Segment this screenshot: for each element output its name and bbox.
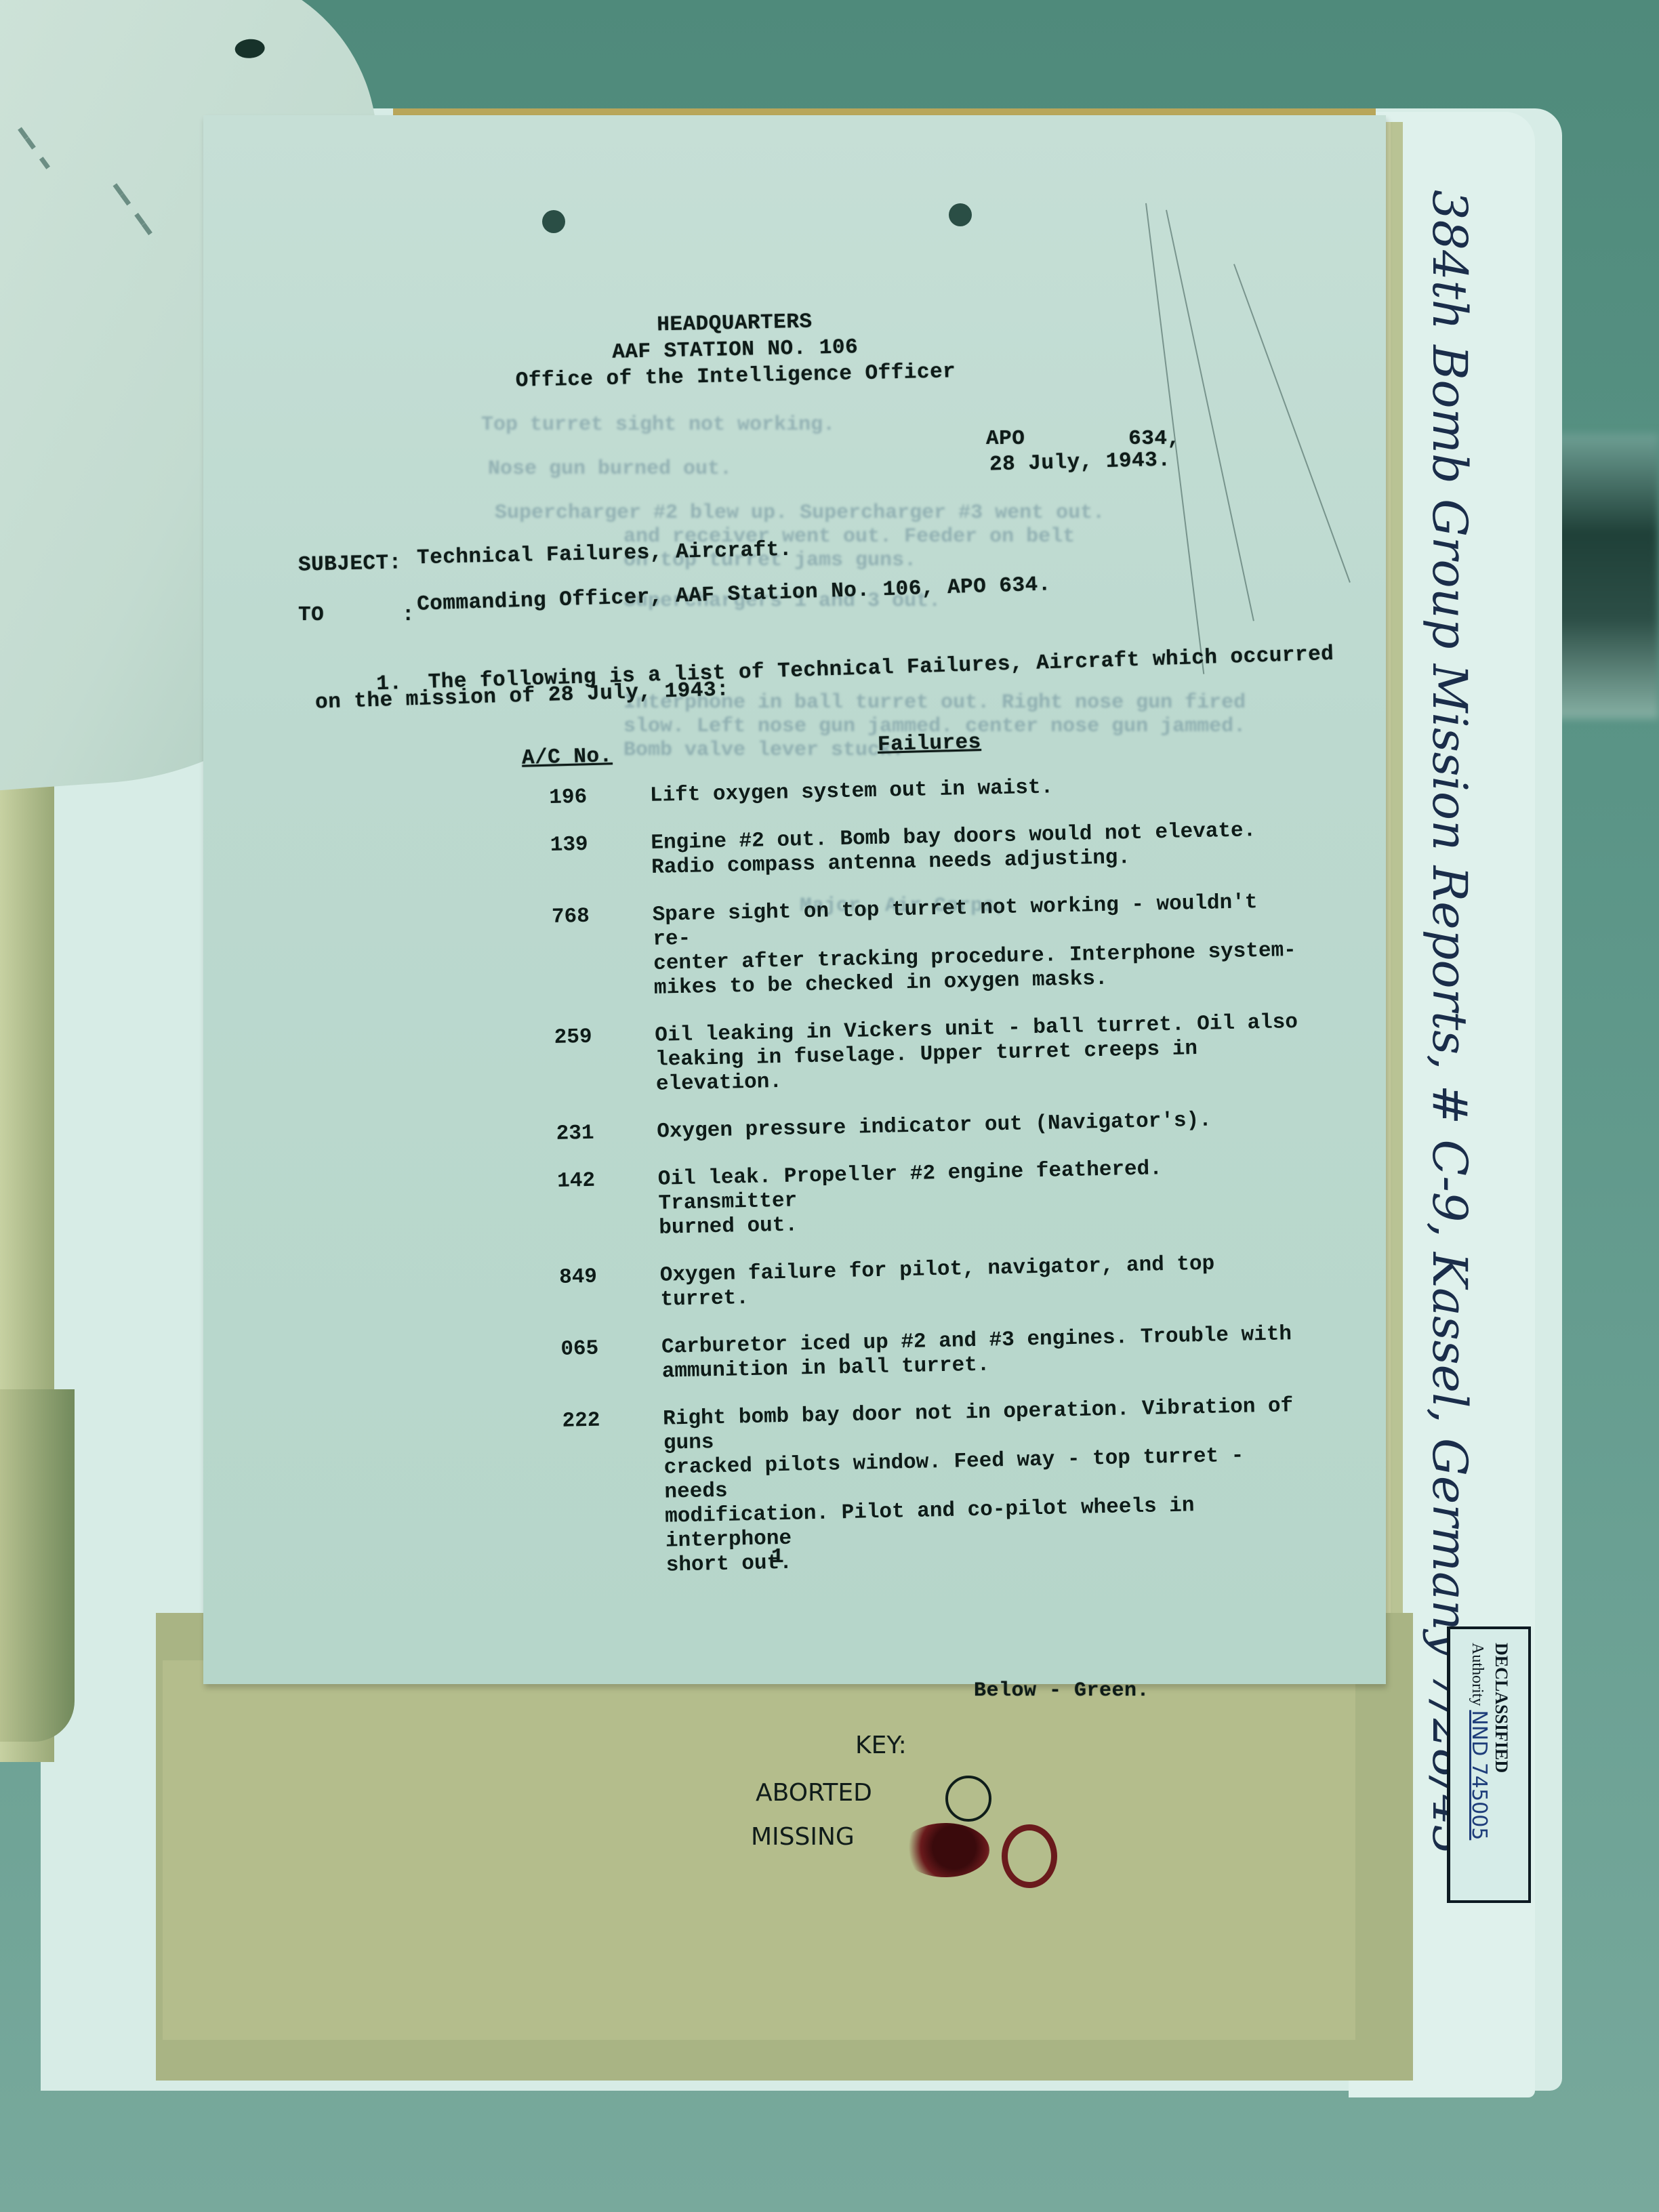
declassified-stamp: DECLASSIFIED Authority NND 745005 (1447, 1626, 1531, 1903)
ac-number: 222 (562, 1408, 666, 1580)
missing-open-circle-icon (1002, 1824, 1057, 1888)
left-page-corner (0, 1389, 75, 1742)
punch-hole (542, 210, 565, 233)
punch-hole (949, 203, 972, 226)
key-label: KEY: (855, 1732, 907, 1759)
bleed-through-text: Supercharger #2 blew up. Supercharger #3… (495, 501, 1105, 525)
column-header-failures: Failures (878, 731, 982, 757)
memo-date: 28 July, 1943. (989, 449, 1171, 477)
table-row: 259 Oil leaking in Vickers unit - ball t… (554, 1010, 1300, 1099)
apo-number: APO 634, (986, 427, 1181, 451)
failure-text: Oxygen failure for pilot, navigator, and… (659, 1250, 1305, 1313)
table-row: 768 Spare sight on top turret not workin… (552, 890, 1299, 1003)
typed-memo-page: Top turret sight not working. Nose gun b… (203, 115, 1386, 1684)
bleed-through-text: Nose gun burned out. (488, 457, 732, 480)
missing-filled-circle-icon (901, 1823, 989, 1877)
background-cloth (1551, 434, 1659, 718)
ac-number: 139 (550, 832, 651, 882)
faded-text: ▬▬ ▬ (12, 121, 59, 173)
table-row: 142 Oil leak. Propeller #2 engine feathe… (557, 1154, 1304, 1243)
to-label: TO : (298, 603, 415, 627)
failures-table: 196 Lift oxygen system out in waist. 139… (549, 771, 1311, 1606)
ac-number: 768 (552, 903, 655, 1003)
page-number: 1 (771, 1545, 784, 1569)
aborted-circle-icon (945, 1776, 991, 1822)
pencil-mark (1166, 210, 1254, 621)
ac-number: 142 (557, 1168, 659, 1243)
faded-text: ▬▬ ▬▬ (106, 177, 161, 240)
ac-number: 259 (554, 1024, 656, 1099)
ac-number: 849 (559, 1264, 661, 1315)
table-row: 139 Engine #2 out. Bomb bay doors would … (550, 818, 1296, 882)
failure-text: Engine #2 out. Bomb bay doors would not … (651, 818, 1296, 880)
ac-number: 065 (560, 1336, 662, 1387)
failure-text: Lift oxygen system out in waist. (650, 771, 1295, 808)
stamp-authority-label: Authority (1469, 1643, 1486, 1706)
bleed-through-text: Bomb valve lever stuck. (623, 739, 904, 762)
stamp-authority: Authority NND 745005 (1467, 1643, 1491, 1840)
stamp-title: DECLASSIFIED (1491, 1643, 1511, 1840)
failure-text: Spare sight on top turret not working - … (652, 890, 1298, 1001)
folder-handwritten-label: 384th Bomb Group Mission Reports, # C-9,… (1422, 190, 1477, 1856)
table-row: 196 Lift oxygen system out in waist. (549, 771, 1295, 811)
ac-number: 196 (549, 784, 650, 811)
key-missing-label: MISSING (751, 1823, 855, 1851)
letterhead: HEADQUARTERS AAF STATION NO. 106 Office … (514, 307, 956, 393)
table-row: 849 Oxygen failure for pilot, navigator,… (559, 1250, 1305, 1315)
table-row: 222 Right bomb bay door not in operation… (562, 1394, 1311, 1580)
failure-text: Oxygen pressure indicator out (Navigator… (657, 1107, 1302, 1145)
ac-number: 231 (556, 1120, 657, 1147)
failure-text: Oil leak. Propeller #2 engine feathered.… (657, 1154, 1303, 1241)
table-row: 231 Oxygen pressure indicator out (Navig… (556, 1107, 1302, 1147)
underlying-typed-text: Below - Green. (974, 1679, 1149, 1702)
stamp-authority-value: NND 745005 (1467, 1710, 1491, 1840)
bleed-through-text: Top turret sight not working. (481, 413, 835, 436)
failure-text: Carburetor iced up #2 and #3 engines. Tr… (661, 1322, 1307, 1385)
column-header-ac-no: A/C No. (522, 744, 613, 770)
failure-text: Right bomb bay door not in operation. Vi… (663, 1394, 1311, 1578)
punch-hole (234, 38, 266, 59)
pencil-mark (1233, 264, 1351, 583)
key-aborted-label: ABORTED (756, 1779, 872, 1807)
table-row: 065 Carburetor iced up #2 and #3 engines… (560, 1322, 1307, 1387)
failure-text: Oil leaking in Vickers unit - ball turre… (655, 1010, 1300, 1097)
subject-label: SUBJECT: (298, 551, 403, 577)
